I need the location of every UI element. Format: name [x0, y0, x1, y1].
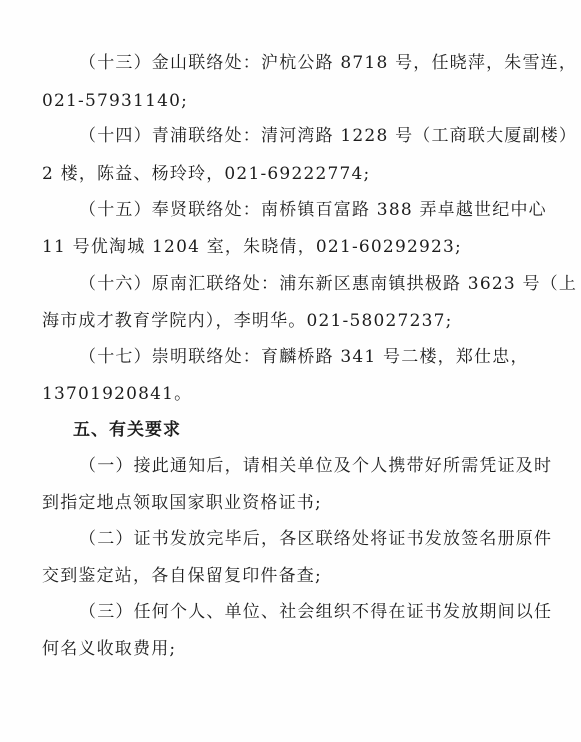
document-page-continued — [0, 0, 581, 742]
